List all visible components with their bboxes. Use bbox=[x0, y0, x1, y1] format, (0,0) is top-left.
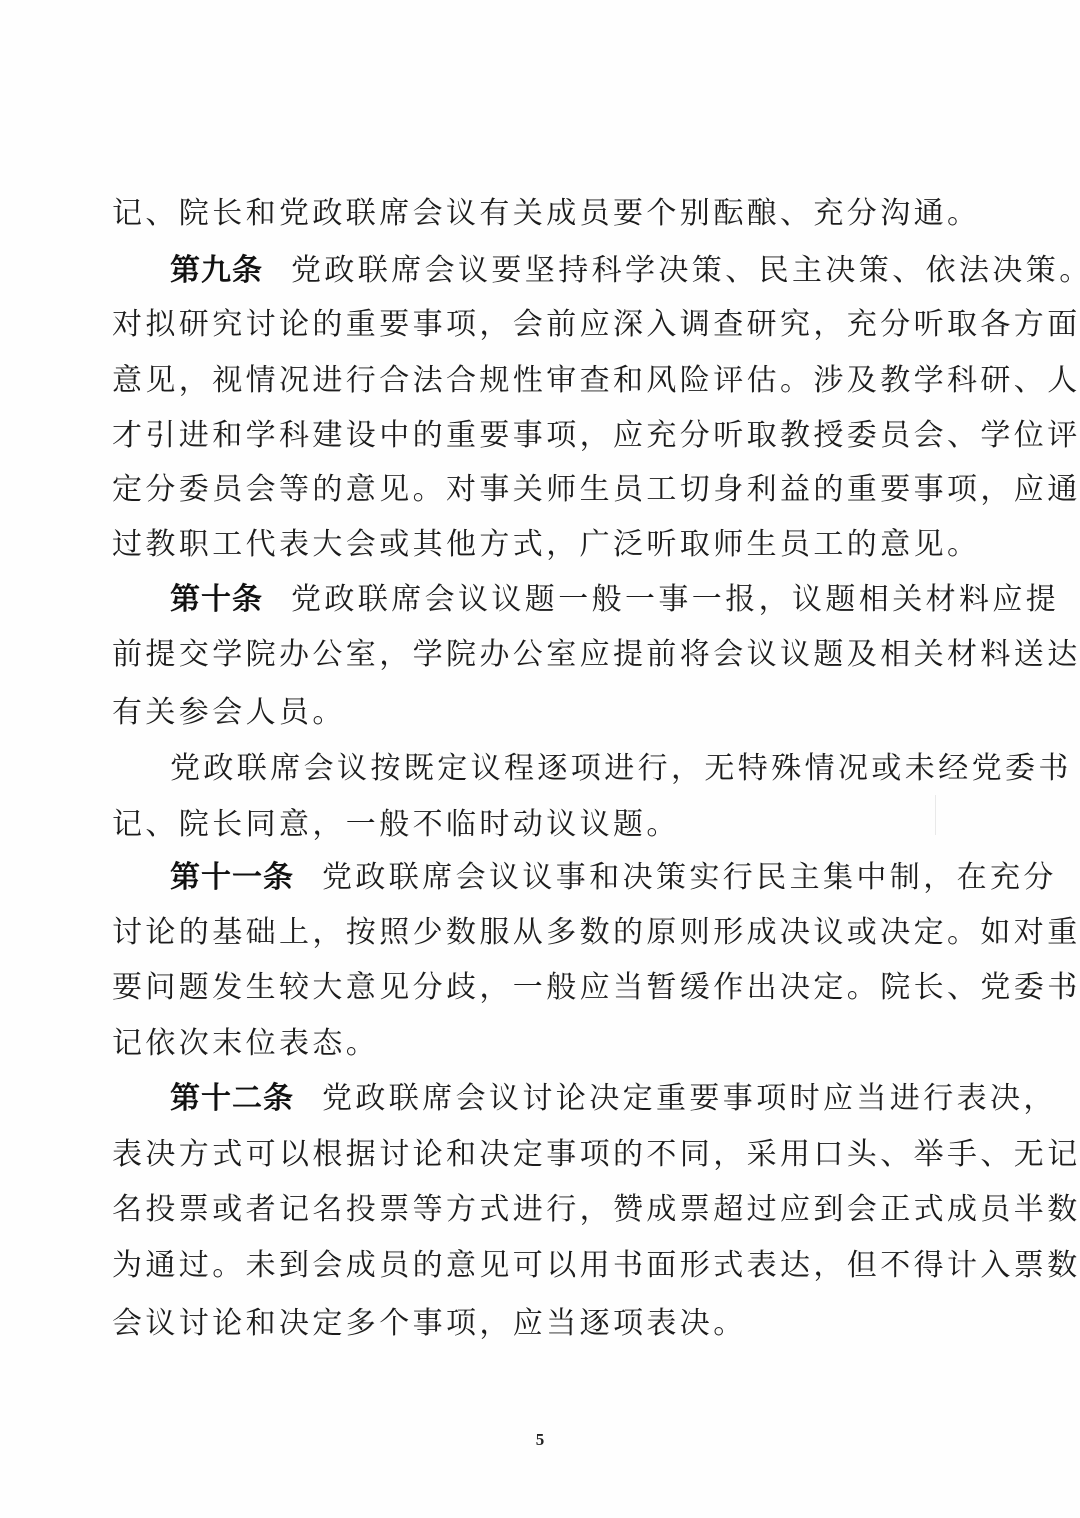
line-text: 为通过。未到会成员的意见可以用书面形式表达，但不得计入票数。 bbox=[112, 1248, 1080, 1283]
paragraph-start-line: 党政联席会议按既定议程逐项进行，无特殊情况或未经党委书 bbox=[170, 749, 982, 789]
line-text: 表决方式可以根据讨论和决定事项的不同，采用口头、举手、无记 bbox=[112, 1137, 1080, 1172]
line-text: 记、院长同意，一般不临时动议议题。 bbox=[112, 807, 680, 842]
article-label: 第十条 bbox=[170, 582, 263, 617]
line-text: 党政联席会议按既定议程逐项进行，无特殊情况或未经党委书 bbox=[170, 751, 1072, 786]
text-line: 过教职工代表大会或其他方式，广泛听取师生员工的意见。 bbox=[112, 525, 982, 565]
line-text: 意见，视情况进行合法合规性审查和风险评估。涉及教学科研、人 bbox=[112, 363, 1080, 398]
text-line: 名投票或者记名投票等方式进行，赞成票超过应到会正式成员半数 bbox=[112, 1190, 982, 1230]
text-line: 记、院长和党政联席会议有关成员要个别酝酿、充分沟通。 bbox=[112, 194, 982, 234]
line-text: 有关参会人员。 bbox=[112, 695, 346, 730]
text-line: 对拟研究讨论的重要事项，会前应深入调查研究，充分听取各方面 bbox=[112, 305, 982, 345]
line-text: 党政联席会议要坚持科学决策、民主决策、依法决策。 bbox=[291, 253, 1080, 288]
line-text: 记依次末位表态。 bbox=[112, 1026, 379, 1061]
article-label: 第九条 bbox=[170, 253, 263, 288]
line-text: 要问题发生较大意见分歧，一般应当暂缓作出决定。院长、党委书 bbox=[112, 970, 1080, 1005]
line-text: 党政联席会议议事和决策实行民主集中制，在充分 bbox=[322, 860, 1057, 895]
line-text: 前提交学院办公室，学院办公室应提前将会议议题及相关材料送达 bbox=[112, 637, 1080, 672]
text-line: 要问题发生较大意见分歧，一般应当暂缓作出决定。院长、党委书 bbox=[112, 968, 982, 1008]
article-11-heading-line: 第十一条党政联席会议议事和决策实行民主集中制，在充分 bbox=[170, 858, 982, 898]
text-line: 定分委员会等的意见。对事关师生员工切身利益的重要事项，应通 bbox=[112, 470, 982, 510]
text-line: 前提交学院办公室，学院办公室应提前将会议议题及相关材料送达 bbox=[112, 635, 982, 675]
line-text: 定分委员会等的意见。对事关师生员工切身利益的重要事项，应通 bbox=[112, 472, 1080, 507]
article-12-heading-line: 第十二条党政联席会议讨论决定重要事项时应当进行表决， bbox=[170, 1079, 982, 1119]
page-number: 5 bbox=[530, 1430, 550, 1450]
line-text: 党政联席会议讨论决定重要事项时应当进行表决， bbox=[322, 1081, 1057, 1116]
text-line: 表决方式可以根据讨论和决定事项的不同，采用口头、举手、无记 bbox=[112, 1135, 982, 1175]
line-text: 党政联席会议议题一般一事一报，议题相关材料应提 bbox=[291, 582, 1059, 617]
line-text: 才引进和学科建设中的重要事项，应充分听取教授委员会、学位评 bbox=[112, 418, 1080, 453]
text-line: 记依次末位表态。 bbox=[112, 1024, 982, 1064]
line-text: 名投票或者记名投票等方式进行，赞成票超过应到会正式成员半数 bbox=[112, 1192, 1080, 1227]
article-10-heading-line: 第十条党政联席会议议题一般一事一报，议题相关材料应提 bbox=[170, 580, 982, 620]
text-line: 会议讨论和决定多个事项，应当逐项表决。 bbox=[112, 1304, 982, 1344]
line-text: 讨论的基础上，按照少数服从多数的原则形成决议或决定。如对重 bbox=[112, 915, 1080, 950]
line-text: 会议讨论和决定多个事项，应当逐项表决。 bbox=[112, 1306, 747, 1341]
line-text: 过教职工代表大会或其他方式，广泛听取师生员工的意见。 bbox=[112, 527, 980, 562]
article-9-heading-line: 第九条党政联席会议要坚持科学决策、民主决策、依法决策。 bbox=[170, 251, 982, 291]
text-line: 记、院长同意，一般不临时动议议题。 bbox=[112, 805, 982, 845]
text-line: 讨论的基础上，按照少数服从多数的原则形成决议或决定。如对重 bbox=[112, 913, 982, 953]
text-line: 有关参会人员。 bbox=[112, 693, 982, 733]
text-line: 意见，视情况进行合法合规性审查和风险评估。涉及教学科研、人 bbox=[112, 361, 982, 401]
line-text: 对拟研究讨论的重要事项，会前应深入调查研究，充分听取各方面 bbox=[112, 307, 1080, 342]
article-label: 第十二条 bbox=[170, 1081, 294, 1116]
text-line: 为通过。未到会成员的意见可以用书面形式表达，但不得计入票数。 bbox=[112, 1246, 982, 1286]
document-page: 记、院长和党政联席会议有关成员要个别酝酿、充分沟通。 第九条党政联席会议要坚持科… bbox=[0, 0, 1080, 1518]
line-text: 记、院长和党政联席会议有关成员要个别酝酿、充分沟通。 bbox=[112, 196, 980, 231]
article-label: 第十一条 bbox=[170, 860, 294, 895]
text-line: 才引进和学科建设中的重要事项，应充分听取教授委员会、学位评 bbox=[112, 416, 982, 456]
scan-artifact bbox=[935, 795, 936, 835]
